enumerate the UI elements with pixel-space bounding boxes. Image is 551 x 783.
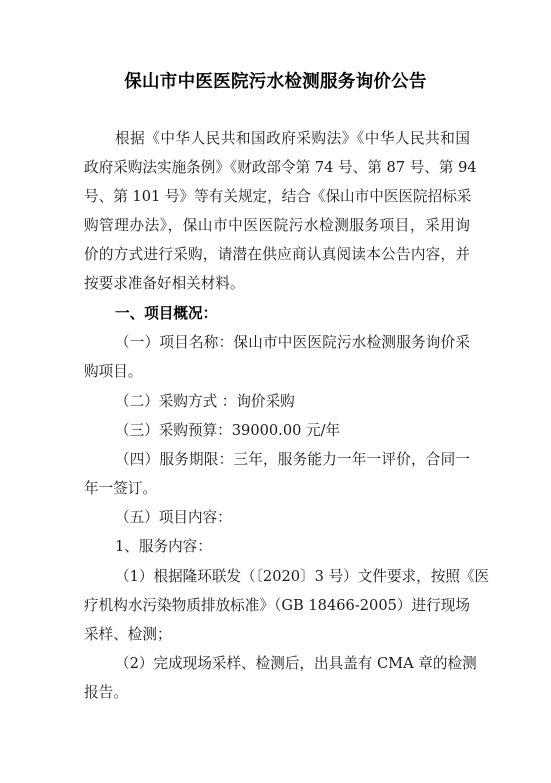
text-line: 政府采购法实施条例》《财政部令第 74 号、第 87 号、第 94 <box>84 156 470 180</box>
text-line: 报告。 <box>84 681 470 705</box>
document-page: 保山市中医医院污水检测服务询价公告 根据《中华人民共和国政府采购法》《中华人民共… <box>0 0 551 783</box>
section-heading: 一、项目概况： <box>115 302 470 326</box>
text-line: （二）采购方式 ：询价采购 <box>115 390 470 414</box>
text-line: 号、第 101 号》等有关规定，结合《保山市中医医院招标采 <box>84 185 470 209</box>
text-line: （四）服务期限：三年，服务能力一年一评价，合同一 <box>115 448 470 472</box>
text-line: （1）根据隆环联发（〔2020〕3 号）文件要求，按照《医 <box>115 565 470 589</box>
text-line: 购项目。 <box>84 360 470 384</box>
text-line: 价的方式进行采购，请潜在供应商认真阅读本公告内容，并 <box>84 243 470 267</box>
text-line: 疗机构水污染物质排放标准》（GB 18466-2005）进行现场 <box>84 594 470 618</box>
text-line: （一）项目名称：保山市中医医院污水检测服务询价采 <box>115 331 470 355</box>
document-title: 保山市中医医院污水检测服务询价公告 <box>0 70 551 94</box>
text-line: （五）项目内容： <box>115 506 470 530</box>
text-line: 年一签订。 <box>84 477 470 501</box>
text-line: 按要求准备好相关材料。 <box>84 272 470 296</box>
text-line: （三）采购预算：39000.00 元/年 <box>115 419 470 443</box>
text-line: （2）完成现场采样、检测后，出具盖有 CMA 章的检测 <box>115 652 470 676</box>
text-line: 采样、检测； <box>84 623 470 647</box>
text-line: 根据《中华人民共和国政府采购法》《中华人民共和国 <box>115 127 470 151</box>
text-line: 购管理办法》，保山市中医医院污水检测服务项目，采用询 <box>84 214 470 238</box>
text-line: 1、服务内容： <box>115 535 470 559</box>
